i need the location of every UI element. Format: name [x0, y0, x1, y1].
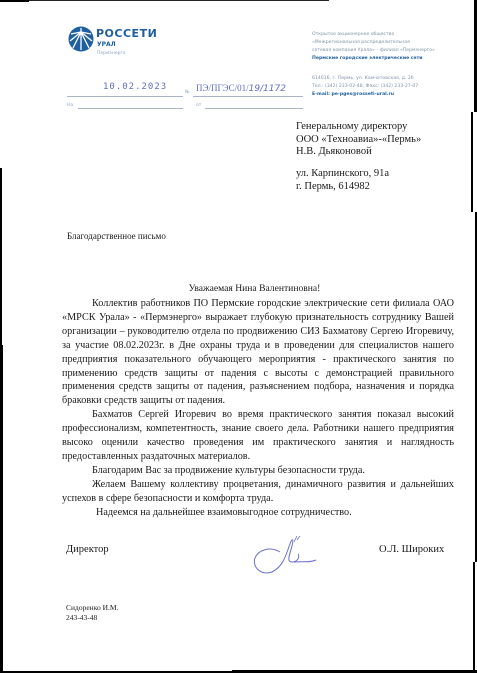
recipient-line: ООО «Техноавиа»-«Пермь» [296, 134, 421, 147]
org-division: Пермские городские электрические сети [312, 55, 435, 63]
document-type: Благодарственное письмо [67, 231, 166, 241]
org-address: 614016, г. Пермь, ул. Камчатовская, д. 2… [312, 75, 418, 83]
body-paragraph: Бахматов Сергей Игоревич во время практи… [62, 408, 454, 464]
registration-number-handwritten: 19/1172 [249, 84, 286, 94]
org-phone: Тел.: (342) 233-02-48, Факс: (342) 233-2… [312, 83, 418, 91]
handwritten-signature-icon [250, 532, 330, 580]
scan-border-artifact [471, 112, 473, 212]
scan-border-artifact [0, 345, 3, 673]
letter-body: Коллектив работников ПО Пермские городск… [62, 297, 454, 520]
recipient-address-line: г. Пермь, 614982 [296, 181, 389, 194]
salutation: Уважаемая Нина Валентиновна! [0, 283, 477, 294]
executor-block: Сидоренко И.М. 243-43-48 [66, 603, 118, 622]
org-email: E-mail: pe-pges@rosseti-ural.ru [312, 91, 418, 99]
recipient-block: Генеральному директору ООО «Техноавиа»-«… [296, 121, 421, 159]
executor-name: Сидоренко И.М. [66, 603, 118, 613]
recipient-address-line: ул. Карпинского, 91а [296, 168, 389, 181]
body-paragraph: Надеемся на дальнейшее взаимовыгодное со… [62, 506, 454, 520]
signatory-title: Директор [66, 544, 109, 555]
reference-label: На [67, 103, 73, 108]
registration-number-printed: ПЭ/ПГЭС/01/ [196, 83, 249, 93]
body-paragraph: Коллектив работников ПО Пермские городск… [62, 297, 454, 408]
organization-block: Открытое акционерное общество «Межрегион… [312, 31, 435, 63]
org-line: Открытое акционерное общество [312, 31, 435, 39]
recipient-address: ул. Карпинского, 91а г. Пермь, 614982 [296, 168, 389, 193]
scan-border-artifact [232, 670, 477, 672]
date-underline [67, 96, 183, 97]
number-label: № [185, 90, 190, 95]
body-paragraph: Желаем Вашему коллективу процветания, ди… [62, 478, 454, 506]
from-underline [205, 108, 303, 109]
registration-date: 10.02.2023 [103, 82, 167, 92]
brand-branch: Пермэнерго [97, 51, 126, 56]
brand-name: РОССЕТИ [96, 27, 157, 40]
scan-border-artifact [0, 0, 29, 2]
recipient-line: Н.В. Дьяконовой [296, 146, 421, 159]
signatory-name: О.Л. Широких [379, 544, 444, 555]
from-label: от [196, 103, 201, 108]
registration-number: ПЭ/ПГЭС/01/19/1172 [196, 83, 286, 94]
executor-phone: 243-43-48 [66, 613, 118, 623]
body-paragraph: Благодарим Вас за продвижение культуры б… [62, 464, 454, 478]
contact-block: 614016, г. Пермь, ул. Камчатовская, д. 2… [312, 75, 418, 99]
org-line: «Межрегиональная распределительная [312, 39, 435, 47]
rosseti-logo-icon [68, 26, 94, 52]
scan-border-artifact [29, 0, 329, 1]
recipient-line: Генеральному директору [296, 121, 421, 134]
scan-border-artifact [473, 562, 475, 672]
number-underline [193, 96, 303, 97]
org-line: сетевая компания Урала» – филиал «Пермэн… [312, 47, 435, 55]
brand-region: УРАЛ [97, 41, 116, 48]
reference-underline [78, 108, 183, 109]
